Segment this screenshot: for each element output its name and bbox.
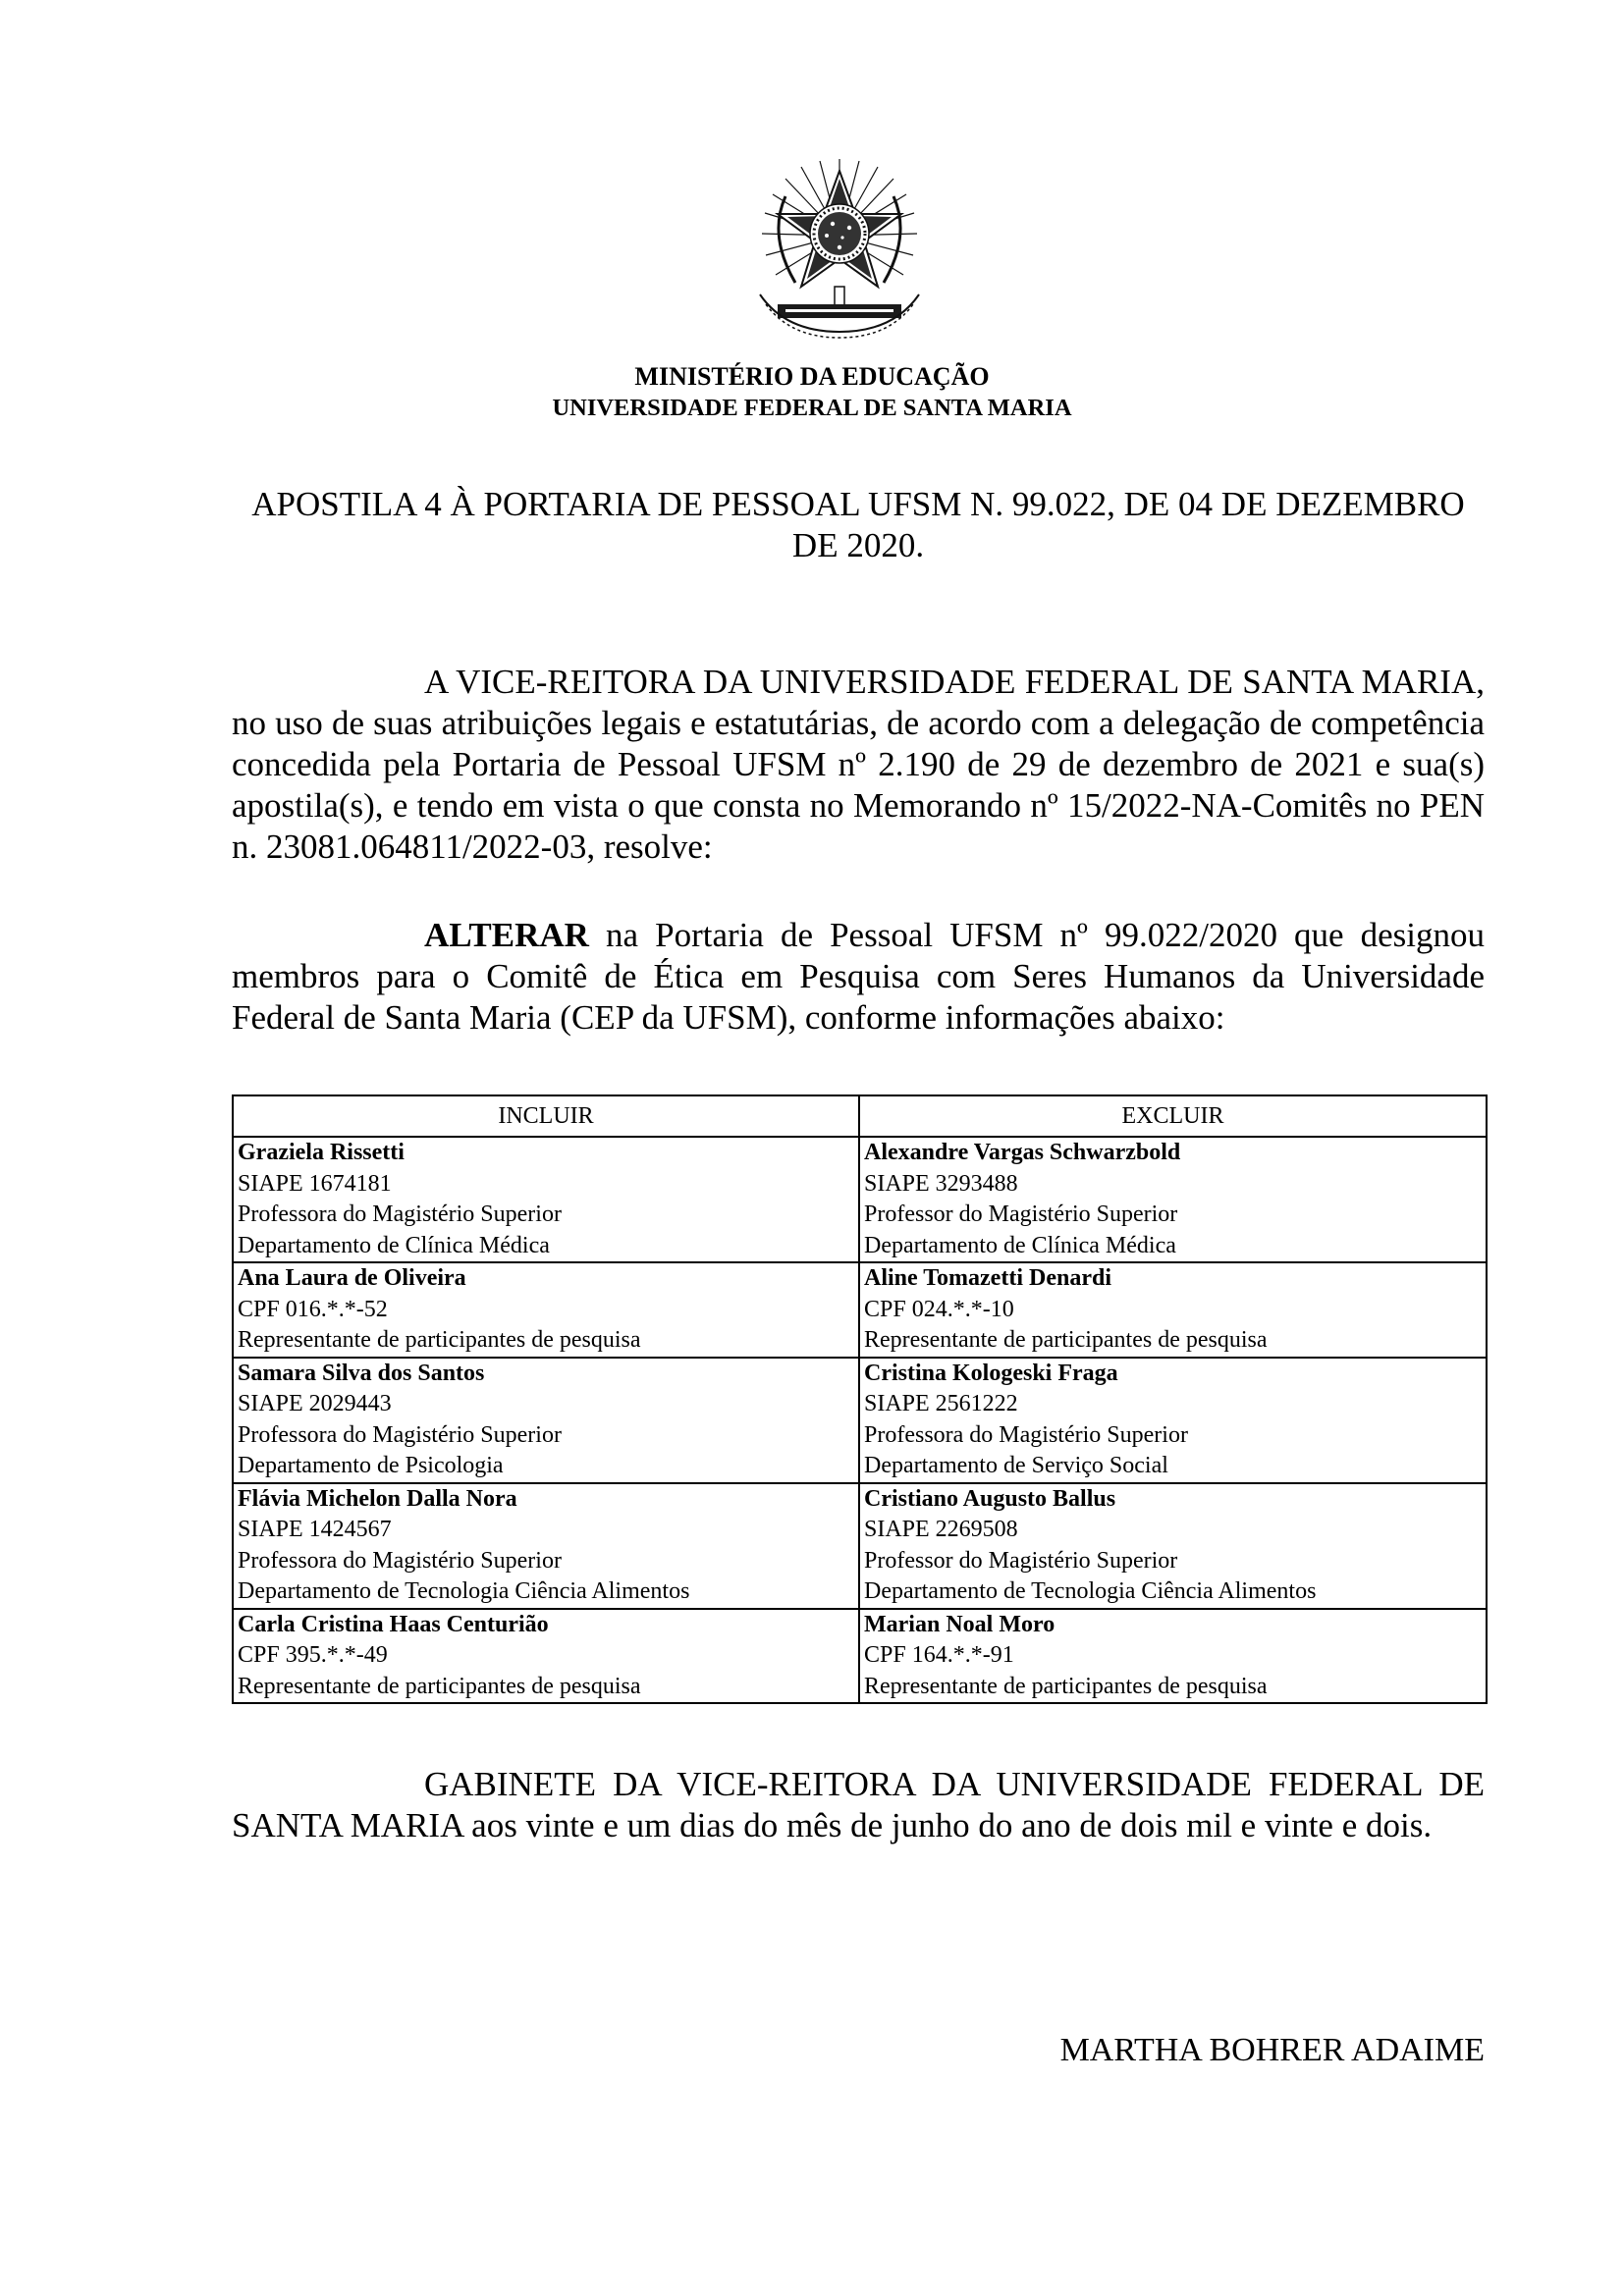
member-cell-incluir: Graziela RissettiSIAPE 1674181Professora… bbox=[233, 1137, 859, 1262]
member-cell-incluir: Carla Cristina Haas CenturiãoCPF 395.*.*… bbox=[233, 1609, 859, 1704]
resolution-text: na Portaria de Pessoal UFSM nº 99.022/20… bbox=[232, 916, 1485, 1037]
member-name: Ana Laura de Oliveira bbox=[238, 1263, 854, 1295]
member-detail: CPF 164.*.*-91 bbox=[864, 1640, 1482, 1672]
member-detail: SIAPE 2561222 bbox=[864, 1389, 1482, 1420]
member-detail: Representante de participantes de pesqui… bbox=[864, 1672, 1482, 1703]
member-detail: Departamento de Clínica Médica bbox=[238, 1231, 854, 1262]
resolution-paragraph: ALTERAR na Portaria de Pessoal UFSM nº 9… bbox=[232, 915, 1485, 1039]
member-cell-incluir: Samara Silva dos SantosSIAPE 2029443Prof… bbox=[233, 1358, 859, 1483]
document-page: MINISTÉRIO DA EDUCAÇÃO UNIVERSIDADE FEDE… bbox=[0, 0, 1624, 2296]
member-detail: CPF 395.*.*-49 bbox=[238, 1640, 854, 1672]
member-detail: Departamento de Clínica Médica bbox=[864, 1231, 1482, 1262]
member-name: Carla Cristina Haas Centurião bbox=[238, 1610, 854, 1641]
member-cell-incluir: Ana Laura de OliveiraCPF 016.*.*-52Repre… bbox=[233, 1262, 859, 1358]
member-name: Cristina Kologeski Fraga bbox=[864, 1359, 1482, 1390]
member-name: Aline Tomazetti Denardi bbox=[864, 1263, 1482, 1295]
document-title: APOSTILA 4 À PORTARIA DE PESSOAL UFSM N.… bbox=[232, 484, 1485, 566]
member-detail: SIAPE 2269508 bbox=[864, 1515, 1482, 1546]
member-detail: Professora do Magistério Superior bbox=[238, 1200, 854, 1231]
column-header-incluir: INCLUIR bbox=[233, 1095, 859, 1137]
brazil-coat-of-arms-icon bbox=[756, 157, 923, 339]
member-name: Graziela Rissetti bbox=[238, 1138, 854, 1169]
member-detail: Professora do Magistério Superior bbox=[238, 1546, 854, 1577]
member-detail: SIAPE 3293488 bbox=[864, 1169, 1482, 1201]
member-name: Flávia Michelon Dalla Nora bbox=[238, 1484, 854, 1516]
table-row: Flávia Michelon Dalla NoraSIAPE 1424567P… bbox=[233, 1483, 1487, 1609]
member-name: Marian Noal Moro bbox=[864, 1610, 1482, 1641]
member-detail: Departamento de Tecnologia Ciência Alime… bbox=[238, 1576, 854, 1608]
member-detail: SIAPE 1674181 bbox=[238, 1169, 854, 1201]
members-table: INCLUIR EXCLUIR Graziela RissettiSIAPE 1… bbox=[232, 1095, 1488, 1704]
member-detail: CPF 024.*.*-10 bbox=[864, 1295, 1482, 1326]
member-detail: Representante de participantes de pesqui… bbox=[238, 1325, 854, 1357]
member-detail: Representante de participantes de pesqui… bbox=[864, 1325, 1482, 1357]
member-name: Cristiano Augusto Ballus bbox=[864, 1484, 1482, 1516]
table-row: Graziela RissettiSIAPE 1674181Professora… bbox=[233, 1137, 1487, 1262]
member-cell-excluir: Cristiano Augusto BallusSIAPE 2269508Pro… bbox=[859, 1483, 1487, 1609]
university-heading: UNIVERSIDADE FEDERAL DE SANTA MARIA bbox=[0, 393, 1624, 424]
member-detail: SIAPE 2029443 bbox=[238, 1389, 854, 1420]
member-detail: Professor do Magistério Superior bbox=[864, 1200, 1482, 1231]
member-cell-excluir: Alexandre Vargas SchwarzboldSIAPE 329348… bbox=[859, 1137, 1487, 1262]
member-detail: Professor do Magistério Superior bbox=[864, 1546, 1482, 1577]
preamble-paragraph: A VICE-REITORA DA UNIVERSIDADE FEDERAL D… bbox=[232, 662, 1485, 868]
signatory-name: MARTHA BOHRER ADAIME bbox=[1060, 2030, 1485, 2071]
member-detail: Departamento de Psicologia bbox=[238, 1451, 854, 1482]
table-row: Ana Laura de OliveiraCPF 016.*.*-52Repre… bbox=[233, 1262, 1487, 1358]
member-cell-excluir: Marian Noal MoroCPF 164.*.*-91Representa… bbox=[859, 1609, 1487, 1704]
closing-text: GABINETE DA VICE-REITORA DA UNIVERSIDADE… bbox=[232, 1765, 1485, 1844]
member-detail: Professora do Magistério Superior bbox=[864, 1420, 1482, 1452]
closing-paragraph: GABINETE DA VICE-REITORA DA UNIVERSIDADE… bbox=[232, 1764, 1485, 1846]
member-detail: CPF 016.*.*-52 bbox=[238, 1295, 854, 1326]
table-row: Carla Cristina Haas CenturiãoCPF 395.*.*… bbox=[233, 1609, 1487, 1704]
resolution-verb: ALTERAR bbox=[424, 916, 589, 954]
preamble-text: A VICE-REITORA DA UNIVERSIDADE FEDERAL D… bbox=[232, 663, 1485, 866]
member-name: Samara Silva dos Santos bbox=[238, 1359, 854, 1390]
member-cell-excluir: Aline Tomazetti DenardiCPF 024.*.*-10Rep… bbox=[859, 1262, 1487, 1358]
table-row: Samara Silva dos SantosSIAPE 2029443Prof… bbox=[233, 1358, 1487, 1483]
ministry-heading: MINISTÉRIO DA EDUCAÇÃO bbox=[0, 361, 1624, 393]
member-detail: Departamento de Serviço Social bbox=[864, 1451, 1482, 1482]
member-detail: Professora do Magistério Superior bbox=[238, 1420, 854, 1452]
member-detail: Departamento de Tecnologia Ciência Alime… bbox=[864, 1576, 1482, 1608]
member-cell-incluir: Flávia Michelon Dalla NoraSIAPE 1424567P… bbox=[233, 1483, 859, 1609]
member-detail: Representante de participantes de pesqui… bbox=[238, 1672, 854, 1703]
column-header-excluir: EXCLUIR bbox=[859, 1095, 1487, 1137]
table-header-row: INCLUIR EXCLUIR bbox=[233, 1095, 1487, 1137]
member-detail: SIAPE 1424567 bbox=[238, 1515, 854, 1546]
member-name: Alexandre Vargas Schwarzbold bbox=[864, 1138, 1482, 1169]
member-cell-excluir: Cristina Kologeski FragaSIAPE 2561222Pro… bbox=[859, 1358, 1487, 1483]
